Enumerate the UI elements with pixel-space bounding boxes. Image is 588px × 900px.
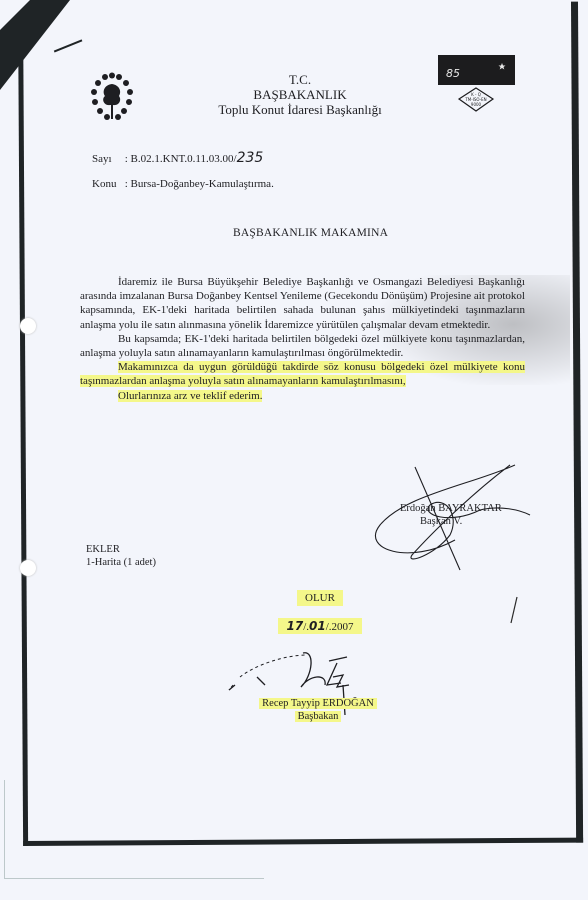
letterhead-ministry: BAŞBAKANLIK (195, 87, 405, 102)
reference-number-row: Sayı : B.02.1.KNT.0.11.03.00/235 (92, 150, 263, 166)
letterhead-tc: T.C. (195, 72, 405, 87)
prime-minister-block: Recep Tayyip ERDOĞAN Başbakan (253, 697, 383, 723)
reference-value: : B.02.1.KNT.0.11.03.00/ (125, 153, 237, 165)
folded-corner-highlight (0, 0, 30, 30)
approver-name: Recep Tayyip ERDOĞAN (259, 698, 377, 709)
paragraph-2: Bu kapsamda; EK-1'deki haritada belirtil… (80, 332, 525, 360)
paragraph-3: Makamınızca da uygun görüldüğü takdirde … (80, 360, 525, 388)
pen-stroke-icon (505, 595, 525, 625)
subject-row: Konu : Bursa-Doğanbey-Kamulaştırma. (92, 178, 274, 190)
signer-title: Başkan V. (400, 515, 502, 528)
letter-body: İdaremiz ile Bursa Büyükşehir Belediye B… (80, 275, 525, 403)
signer-block: Erdoğan BAYRAKTAR Başkan V. (400, 502, 502, 528)
subject-value: : Bursa-Doğanbey-Kamulaştırma. (125, 178, 274, 190)
paragraph-4: Olurlarınıza arz ve teklif ederim. (80, 389, 525, 403)
approval-date-day: 17 (286, 619, 303, 633)
approval-word: OLUR (297, 590, 343, 606)
reference-label: Sayı (92, 153, 122, 165)
svg-text:9000: 9000 (471, 102, 482, 107)
paragraph-4-text: Olurlarınıza arz ve teklif ederim. (118, 390, 262, 402)
punch-hole-bottom (20, 560, 36, 576)
subject-label: Konu (92, 178, 122, 190)
approval-date-month: 01 (309, 619, 326, 633)
paragraph-1: İdaremiz ile Bursa Büyükşehir Belediye B… (80, 275, 525, 332)
approval-block: OLUR 17/.01/.2007 (265, 590, 375, 634)
approval-date: 17/.01/.2007 (278, 618, 361, 634)
approver-title: Başbakan (295, 711, 342, 722)
attachments-heading: EKLER (86, 543, 156, 556)
approval-date-year: 2007 (332, 621, 354, 633)
paragraph-3-text: Makamınızca da uygun görüldüğü takdirde … (80, 361, 525, 387)
reference-handwritten-number: 235 (237, 150, 264, 166)
attachments: EKLER 1-Harita (1 adet) (86, 543, 156, 569)
punch-hole-top (20, 318, 36, 334)
logo-number: 85 (446, 67, 460, 80)
scan-edge-bottom (4, 878, 264, 879)
letterhead: T.C. BAŞBAKANLIK Toplu Konut İdaresi Baş… (195, 72, 405, 117)
attachment-item: 1-Harita (1 adet) (86, 556, 156, 569)
toki-tree-logo-icon (88, 72, 136, 122)
scan-edge-left (4, 780, 5, 878)
letterhead-agency: Toplu Konut İdaresi Başkanlığı (195, 102, 405, 117)
anniversary-crescent-logo-icon: 85 K - Q TM-ISO-EN 9000 (438, 55, 515, 115)
signer-name: Erdoğan BAYRAKTAR (400, 502, 502, 515)
addressee: BAŞBAKANLIK MAKAMINA (233, 227, 388, 239)
